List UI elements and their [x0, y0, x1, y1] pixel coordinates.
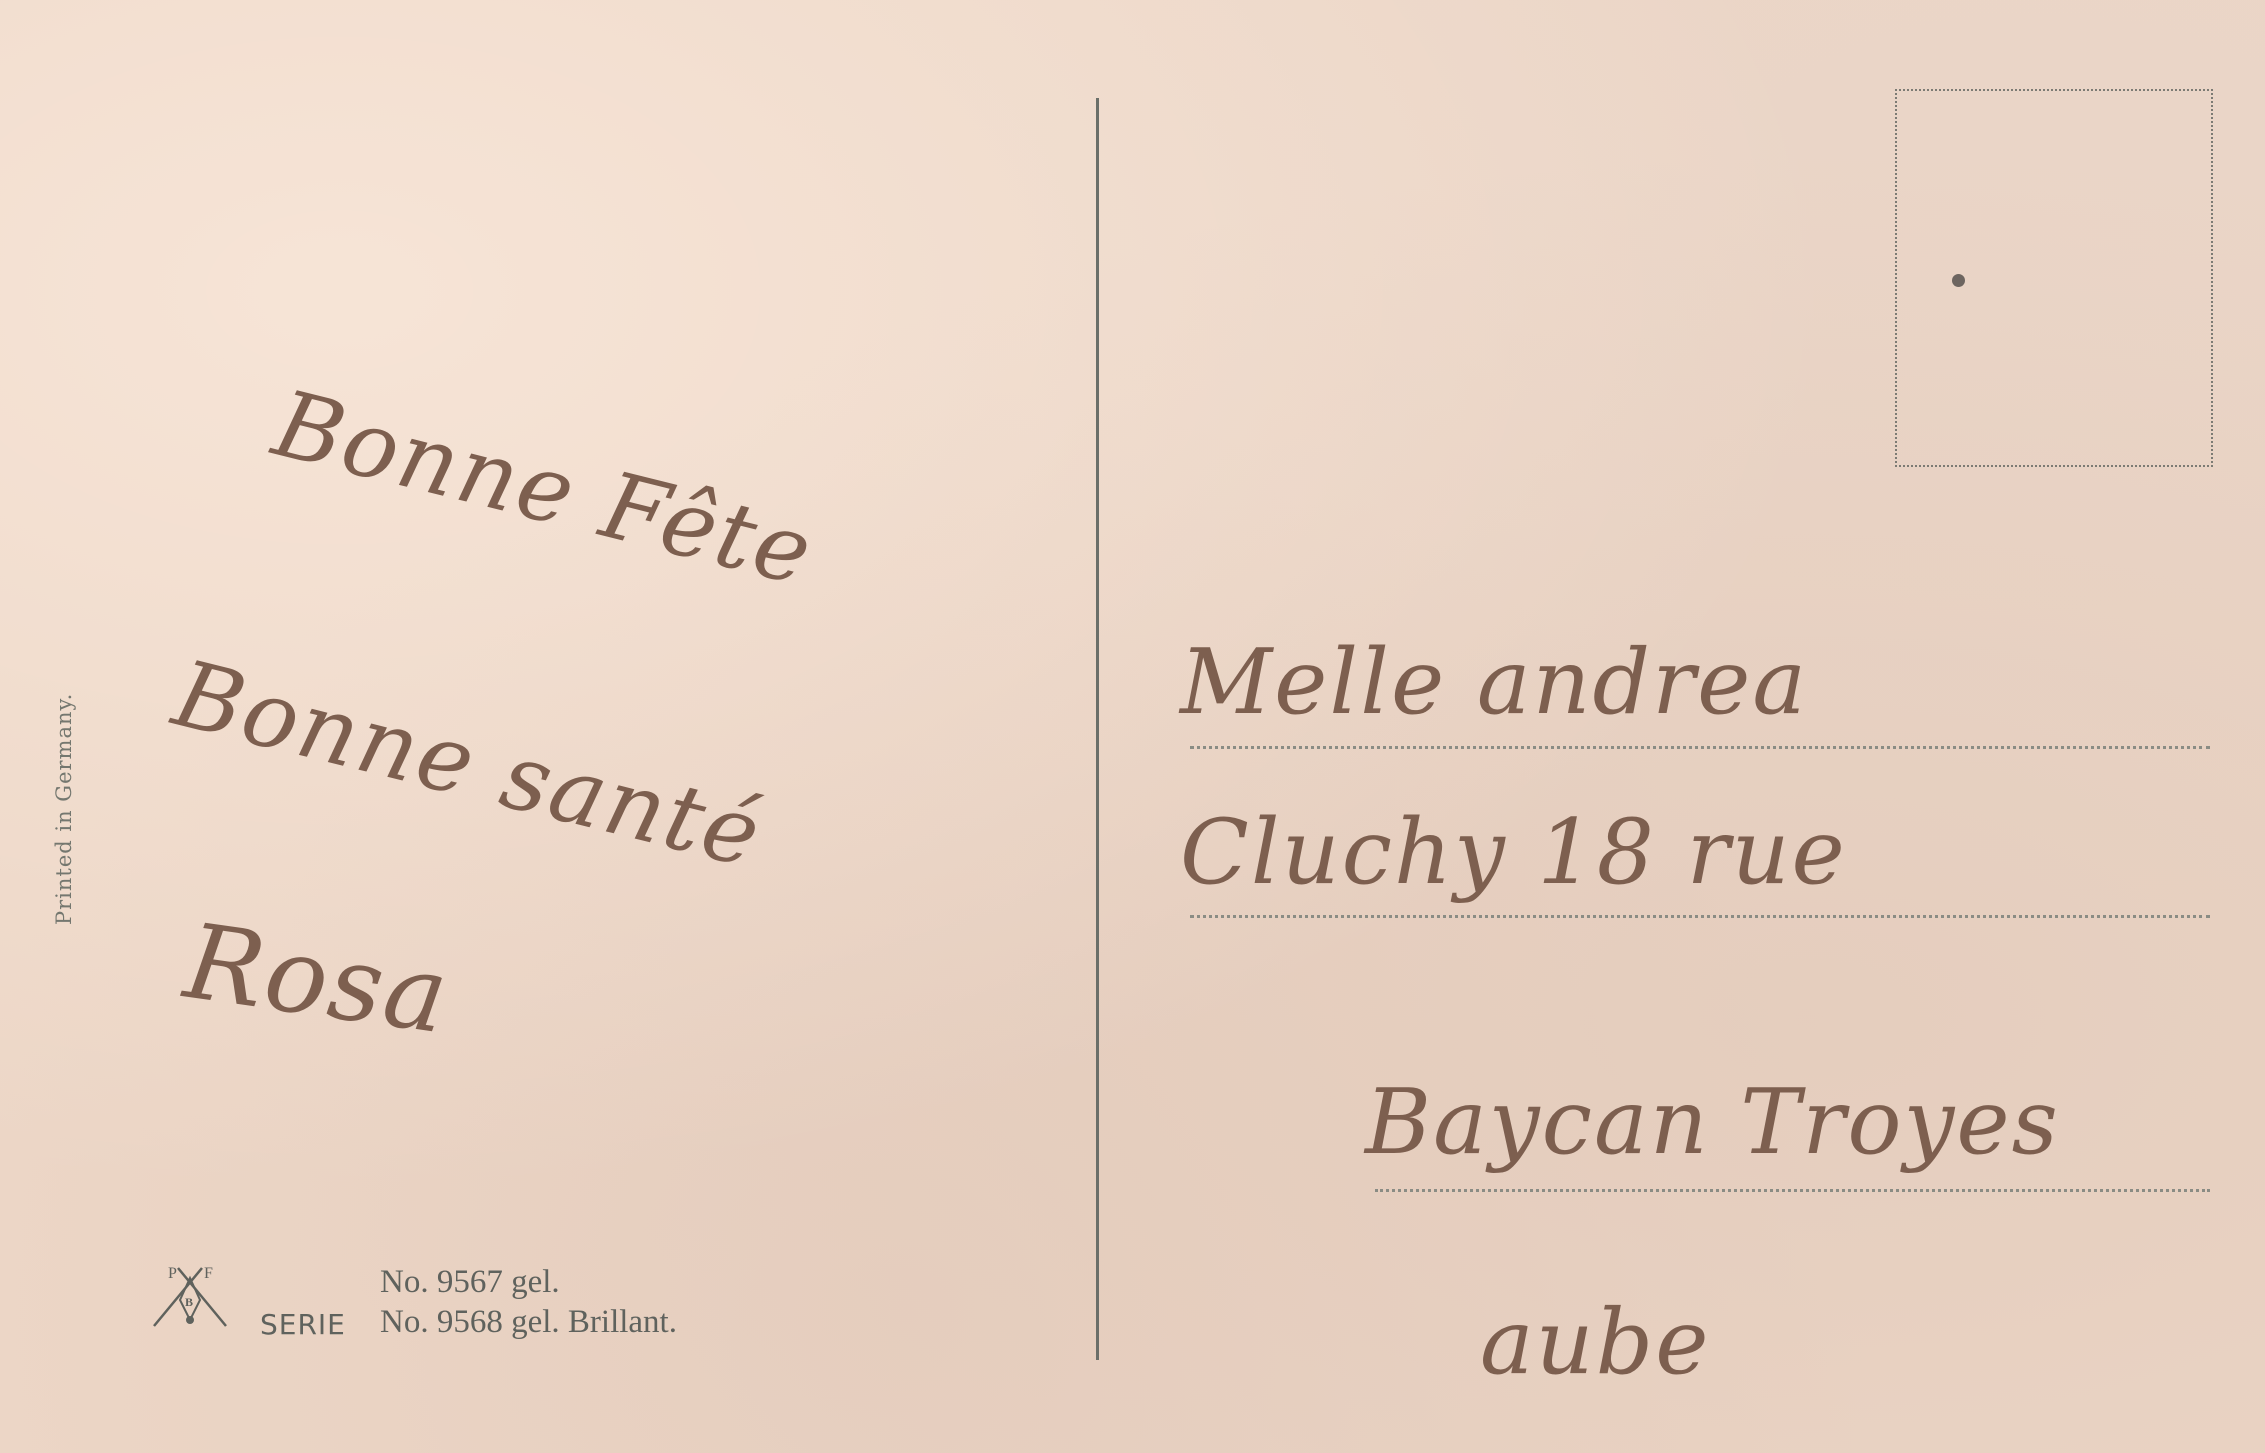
message-signature: Rosa	[178, 900, 457, 1058]
series-number-line-1: No. 9567 gel.	[380, 1264, 560, 1301]
center-divider-line	[1096, 98, 1099, 1360]
pfb-logo-icon: P F B	[150, 1264, 230, 1332]
series-number-line-2: No. 9568 gel. Brillant.	[380, 1304, 677, 1341]
address-street: Cluchy 18 rue	[1180, 800, 1847, 905]
stamp-placeholder-box	[1895, 89, 2213, 467]
svg-text:F: F	[204, 1265, 213, 1282]
svg-text:P: P	[168, 1265, 177, 1282]
ink-spot	[1952, 274, 1965, 287]
printed-in-germany-imprint: Printed in Germany.	[52, 693, 76, 925]
address-line-1-rule	[1190, 746, 2210, 749]
address-recipient: Melle andrea	[1180, 630, 1808, 735]
address-city: Baycan Troyes	[1365, 1070, 2060, 1175]
postcard-back: Printed in Germany. Bonne Fête Bonne san…	[0, 0, 2265, 1453]
address-department: aube	[1480, 1290, 1711, 1395]
address-line-3-rule	[1375, 1189, 2210, 1192]
message-line-2: Bonne santé	[164, 640, 772, 889]
address-line-2-rule	[1190, 915, 2210, 918]
message-line-1: Bonne Fête	[264, 370, 823, 607]
series-label: SERIE	[260, 1308, 346, 1341]
svg-text:B: B	[185, 1295, 193, 1309]
